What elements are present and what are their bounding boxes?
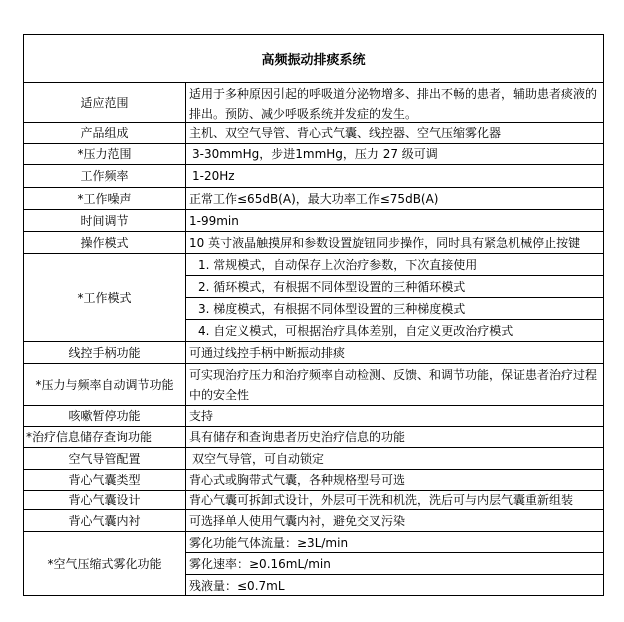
row-value: 具有储存和查询患者历史治疗信息的功能	[186, 427, 603, 447]
table-title: 高频振动排痰系统	[261, 49, 365, 68]
row-value: 适用于多种原因引起的呼吸道分泌物增多、排出不畅的患者，辅助患者痰液的排出。预防、…	[186, 83, 603, 122]
row-label: 咳嗽暂停功能	[24, 406, 186, 426]
row-label: *压力与频率自动调节功能	[24, 364, 186, 405]
mode-item: 3. 梯度模式，有根据不同体型设置的三种梯度模式	[186, 298, 603, 320]
row-value: 背心式或胸带式气囊，各种规格型号可选	[186, 470, 603, 490]
row-label: 时间调节	[24, 210, 186, 231]
row-label: 空气导管配置	[24, 448, 186, 469]
row-value: 主机、双空气导管、背心式气囊、线控器、空气压缩雾化器	[186, 123, 603, 143]
table-row: 背心气囊内衬 可选择单人使用气囊内衬，避免交叉污染	[24, 510, 603, 532]
row-label: *空气压缩式雾化功能	[24, 532, 186, 596]
table-row: 工作频率 1-20Hz	[24, 165, 603, 188]
row-value: 可实现治疗压力和治疗频率自动检测、反馈、和调节功能，保证患者治疗过程中的安全性	[186, 364, 603, 405]
table-row-work-modes: *工作模式 1. 常规模式，自动保存上次治疗参数，下次直接使用 2. 循环模式，…	[24, 254, 603, 342]
table-row: *压力与频率自动调节功能 可实现治疗压力和治疗频率自动检测、反馈、和调节功能，保…	[24, 364, 603, 406]
table-row: 时间调节 1-99min	[24, 210, 603, 232]
row-label: 适应范围	[24, 83, 186, 122]
row-label: *工作模式	[24, 254, 186, 341]
nebulizer-spec: 雾化功能气体流量：≥3L/min	[186, 532, 603, 553]
row-label: 背心气囊设计	[24, 491, 186, 509]
row-value: 1-20Hz	[186, 165, 603, 187]
row-value: 双空气导管，可自动锁定	[186, 448, 603, 469]
row-label: 背心气囊内衬	[24, 510, 186, 531]
row-label: 操作模式	[24, 232, 186, 253]
table-row: *工作噪声 正常工作≤65dB(A)，最大功率工作≤75dB(A)	[24, 188, 603, 210]
table-row: 线控手柄功能 可通过线控手柄中断振动排痰	[24, 342, 603, 364]
nebulizer-spec: 残液量：≤0.7mL	[186, 575, 603, 596]
table-row: 咳嗽暂停功能 支持	[24, 406, 603, 427]
table-row: 空气导管配置 双空气导管，可自动锁定	[24, 448, 603, 470]
table-row: 产品组成 主机、双空气导管、背心式气囊、线控器、空气压缩雾化器	[24, 123, 603, 144]
row-value: 可通过线控手柄中断振动排痰	[186, 342, 603, 363]
table-row: 背心气囊类型 背心式或胸带式气囊，各种规格型号可选	[24, 470, 603, 491]
row-label: 背心气囊类型	[24, 470, 186, 490]
row-label: *工作噪声	[24, 188, 186, 209]
row-label: 产品组成	[24, 123, 186, 143]
row-value: 10 英寸液晶触摸屏和参数设置旋钮同步操作，同时具有紧急机械停止按键	[186, 232, 603, 253]
row-value: 3-30mmHg，步进1mmHg，压力 27 级可调	[186, 144, 603, 164]
row-label: 线控手柄功能	[24, 342, 186, 363]
row-value: 可选择单人使用气囊内衬，避免交叉污染	[186, 510, 603, 531]
table-row: 操作模式 10 英寸液晶触摸屏和参数设置旋钮同步操作，同时具有紧急机械停止按键	[24, 232, 603, 254]
mode-item: 2. 循环模式，有根据不同体型设置的三种循环模式	[186, 276, 603, 298]
table-row: 背心气囊设计 背心气囊可拆卸式设计，外层可干洗和机洗，洗后可与内层气囊重新组装	[24, 491, 603, 510]
table-row-nebulizer: *空气压缩式雾化功能 雾化功能气体流量：≥3L/min 雾化速率：≥0.16mL…	[24, 532, 603, 596]
table-title-row: 高频振动排痰系统	[24, 35, 603, 83]
row-value: 支持	[186, 406, 603, 426]
table-row: 适应范围 适用于多种原因引起的呼吸道分泌物增多、排出不畅的患者，辅助患者痰液的排…	[24, 83, 603, 123]
row-label: 工作频率	[24, 165, 186, 187]
row-value: 背心气囊可拆卸式设计，外层可干洗和机洗，洗后可与内层气囊重新组装	[186, 491, 603, 509]
mode-item: 4. 自定义模式，可根据治疗具体差别，自定义更改治疗模式	[186, 320, 603, 341]
table-row: *治疗信息储存查询功能 具有储存和查询患者历史治疗信息的功能	[24, 427, 603, 448]
row-label: *治疗信息储存查询功能	[24, 427, 186, 447]
nebulizer-spec: 雾化速率：≥0.16mL/min	[186, 553, 603, 575]
spec-table: 高频振动排痰系统 适应范围 适用于多种原因引起的呼吸道分泌物增多、排出不畅的患者…	[23, 34, 604, 596]
row-value: 正常工作≤65dB(A)，最大功率工作≤75dB(A)	[186, 188, 603, 209]
mode-item: 1. 常规模式，自动保存上次治疗参数，下次直接使用	[186, 254, 603, 276]
row-label: *压力范围	[24, 144, 186, 164]
row-value: 1-99min	[186, 210, 603, 231]
table-row: *压力范围 3-30mmHg，步进1mmHg，压力 27 级可调	[24, 144, 603, 165]
